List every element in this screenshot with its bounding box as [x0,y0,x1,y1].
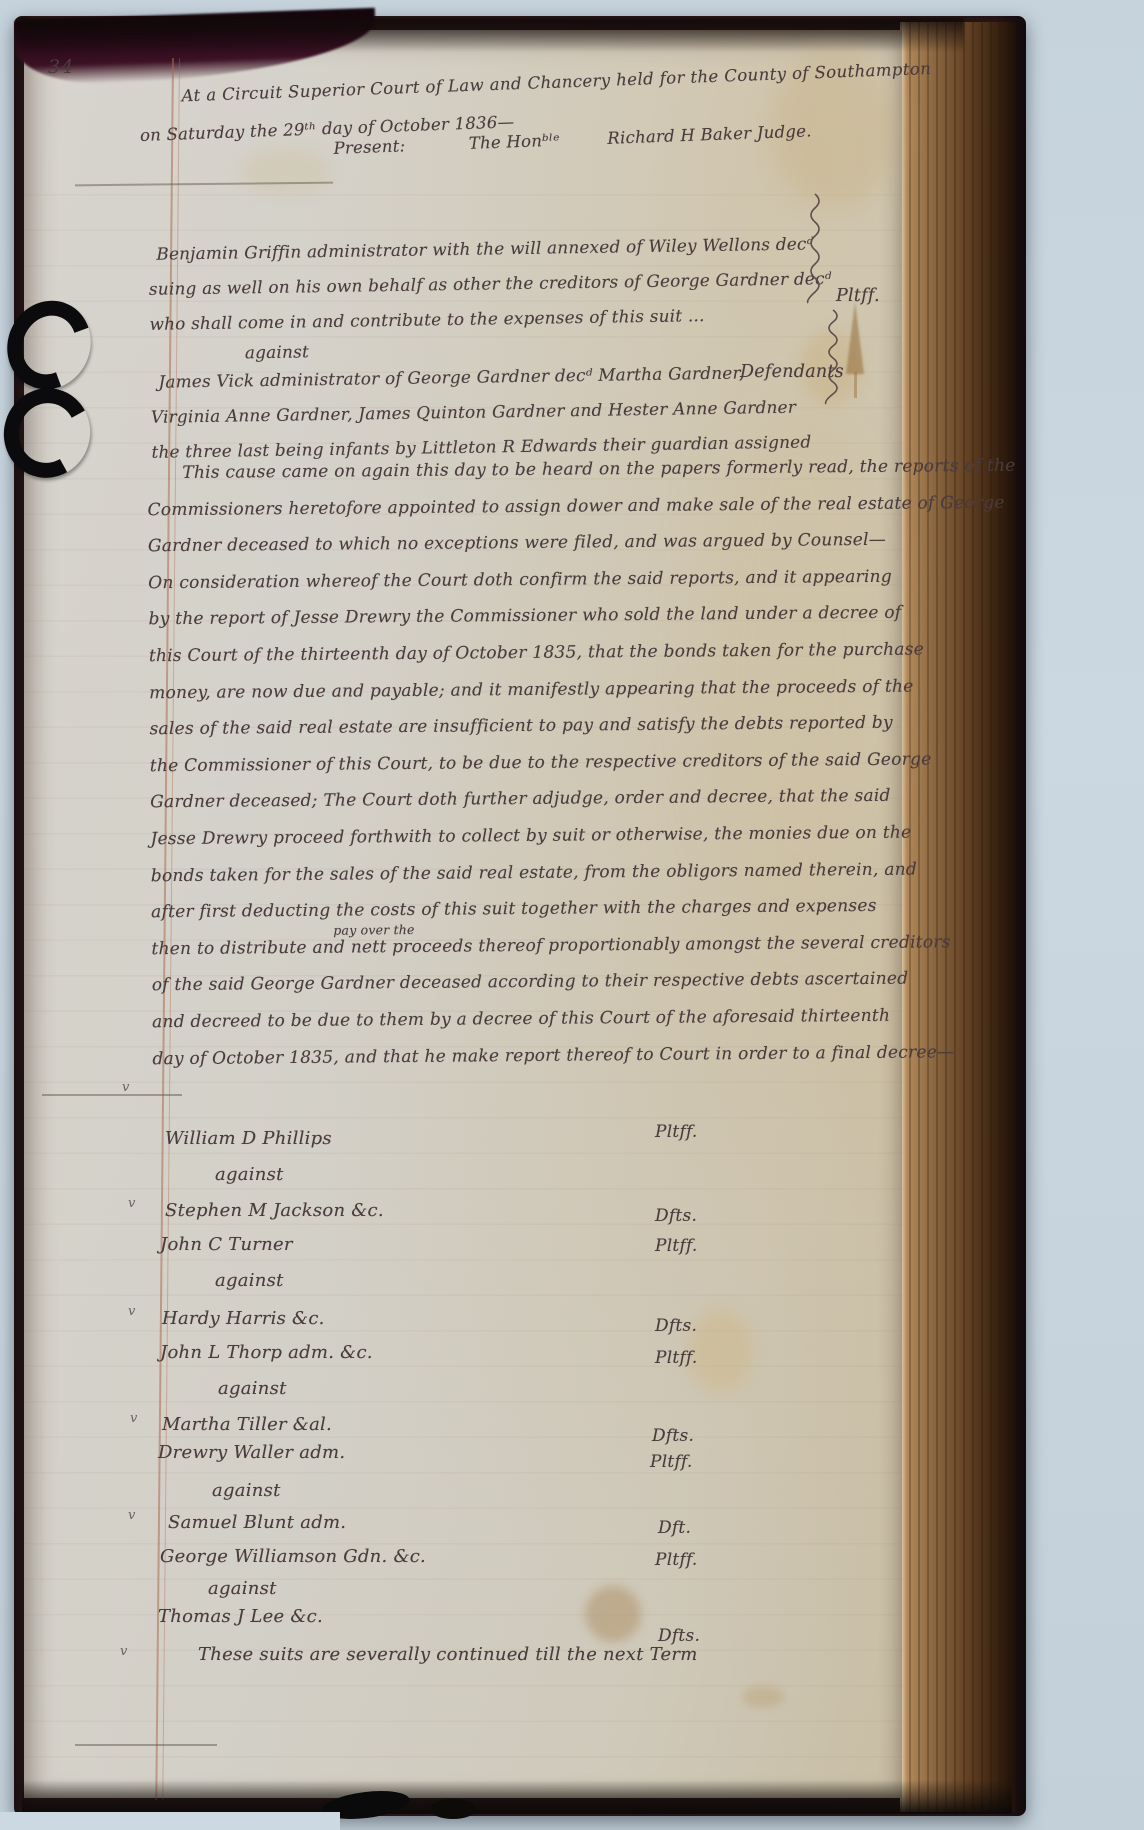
check-mark: v [128,1508,135,1523]
docket-party-label: Dfts. [655,1206,697,1226]
plaintiff-line: who shall come in and contribute to the … [149,305,704,334]
docket-party-label: Pltff. [655,1236,698,1256]
decree-line: money, are now due and payable; and it m… [149,676,913,703]
decree-line: Gardner deceased to which no exceptions … [148,530,886,556]
case-caption: Benjamin Griffin administrator with the … [148,232,892,474]
docket-party: Drewry Waller adm. [158,1442,345,1463]
decree-line: after first deducting the costs of this … [151,896,877,922]
decree-line: On consideration whereof the Court doth … [148,567,892,593]
docket-party: William D Phillips [165,1128,332,1149]
docket-party: Samuel Blunt adm. [168,1512,346,1533]
docket-party-label: Pltff. [650,1452,693,1472]
against-word: against [215,1270,284,1291]
defendant-line: the three last being infants by Littleto… [151,431,811,461]
decree-line: Gardner deceased; The Court doth further… [150,786,891,812]
defendant-line: Virginia Anne Gardner, James Quinton Gar… [151,397,796,427]
against-word: against [208,1578,277,1599]
docket-party-label: Pltff. [655,1122,698,1142]
pen-separator-line [75,1744,217,1746]
decree-line: Jesse Drewry proceed forthwith to collec… [150,823,911,850]
decree-line: then to distribute and nett proceeds the… [151,932,950,959]
check-mark: v [120,1644,127,1659]
docket-party: John C Turner [160,1234,293,1255]
docket-party-label: Dfts. [658,1626,700,1646]
plaintiff-label: Pltff. [836,286,880,306]
docket-party-label: Dfts. [652,1426,694,1446]
defendant-brace-squiggle [824,308,842,406]
check-mark: v [130,1411,137,1426]
decree-paragraph: This cause came on again this day to be … [147,457,893,1103]
decree-line: this Court of the thirteenth day of Octo… [149,639,924,666]
defendant-label: Defendants [740,362,844,382]
docket-party-label: Dft. [658,1518,691,1538]
background-strip [0,1812,340,1830]
continuance-note: These suits are severally continued till… [198,1644,698,1665]
page-stack-edge [900,22,1016,1812]
honorable-title: The Honᵇˡᵉ [468,131,560,153]
photographed-court-record-page: v v v v v v 34 At a Circuit Superior Cou… [0,0,1144,1830]
check-mark: v [128,1304,135,1319]
docket-party-label: Pltff. [655,1348,698,1368]
docket-list: William D Phillips Pltff. against Stephe… [150,1120,770,1700]
docket-party: George Williamson Gdn. &c. [160,1546,426,1567]
against-word: against [215,1164,284,1185]
decree-line: sales of the said real estate are insuff… [149,713,893,739]
decree-line: and decreed to be due to them by a decre… [152,1006,890,1032]
interlineation-insert: pay over the [333,922,414,938]
decree-line: day of October 1835, and that he make re… [152,1042,954,1069]
docket-party: John L Thorp adm. &c. [160,1342,373,1363]
against-word: against [245,341,309,362]
check-mark: v [128,1196,135,1211]
present-word: Present: [333,136,405,158]
plaintiff-line: suing as well on his own behalf as other… [149,268,832,299]
binding-shadow-mark [430,1799,476,1819]
heading-line-1: At a Circuit Superior Court of Law and C… [181,59,931,105]
decree-line: Commissioners heretofore appointed to as… [148,492,1005,519]
decree-line: bonds taken for the sales of the said re… [151,859,917,886]
decree-line: by the report of Jesse Drewry the Commis… [148,603,901,630]
docket-party: Hardy Harris &c. [162,1308,325,1329]
against-word: against [218,1378,287,1399]
against-word: against [212,1480,281,1501]
defendant-line: James Vick administrator of George Gardn… [158,362,744,391]
plaintiff-brace-squiggle [806,192,824,304]
docket-party: Stephen M Jackson &c. [165,1200,384,1221]
decree-line: of the said George Gardner deceased acco… [152,969,909,996]
bottom-edge-shadow [22,1780,1012,1814]
decree-line: the Commissioner of this Court, to be du… [150,749,932,776]
docket-party-label: Pltff. [655,1550,698,1570]
docket-party: Thomas J Lee &c. [158,1606,323,1627]
page-number: 34 [48,56,74,78]
judge-name: Richard H Baker Judge. [607,121,812,147]
check-mark: v [122,1080,129,1095]
docket-party-label: Dfts. [655,1316,697,1336]
docket-party: Martha Tiller &al. [162,1414,332,1435]
